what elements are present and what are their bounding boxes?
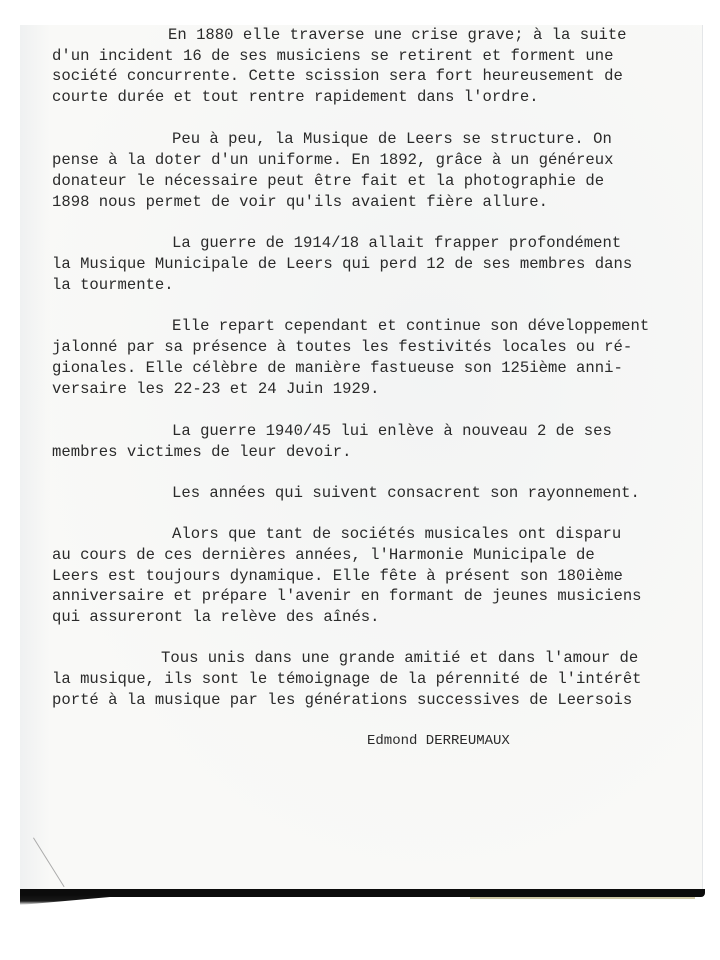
paragraph-2-line-2: pense à la doter d'un uniforme. En 1892,… — [52, 150, 613, 170]
paragraph-7-line-3: Leers est toujours dynamique. Elle fête … — [52, 566, 623, 586]
paragraph-8-line-2: la musique, ils sont le témoignage de la… — [52, 669, 642, 689]
paragraph-1-line-3: société concurrente. Cette scission sera… — [52, 66, 623, 86]
paragraph-2-line-3: donateur le nécessaire peut être fait et… — [52, 171, 604, 191]
paragraph-2-line-4: 1898 nous permet de voir qu'ils avaient … — [52, 192, 548, 212]
paragraph-1-line-2: d'un incident 16 de ses musiciens se ret… — [52, 46, 613, 66]
paragraph-4-line-2: jalonné par sa présence à toutes les fes… — [52, 337, 632, 357]
paragraph-5-line-1: La guerre 1940/45 lui enlève à nouveau 2… — [172, 421, 612, 441]
paragraph-3-line-3: la tourmente. — [52, 275, 174, 295]
page-bottom-edge-highlight — [470, 897, 695, 899]
paragraph-8-line-3: porté à la musique par les générations s… — [52, 690, 632, 710]
paragraph-5-line-2: membres victimes de leur devoir. — [52, 442, 351, 462]
paragraph-7-line-2: au cours de ces dernières années, l'Harm… — [52, 545, 595, 565]
paragraph-7-line-4: anniversaire et prépare l'avenir en form… — [52, 586, 642, 606]
paragraph-1-line-4: courte durée et tout rentre rapidement d… — [52, 87, 539, 107]
paragraph-3-line-1: La guerre de 1914/18 allait frapper prof… — [172, 233, 621, 253]
paragraph-7-line-5: qui assureront la relève des aînés. — [52, 607, 380, 627]
paragraph-4-line-1: Elle repart cependant et continue son dé… — [172, 316, 649, 336]
page-bottom-left-shadow — [20, 895, 110, 905]
paragraph-4-line-4: versaire les 22-23 et 24 Juin 1929. — [52, 379, 380, 399]
paragraph-2-line-1: Peu à peu, la Musique de Leers se struct… — [172, 129, 612, 149]
paragraph-6-line-1: Les années qui suivent consacrent son ra… — [172, 483, 640, 503]
page-bottom-edge-shadow — [20, 889, 705, 897]
paragraph-4-line-3: gionales. Elle célèbre de manière fastue… — [52, 358, 623, 378]
paragraph-8-line-1: Tous unis dans une grande amitié et dans… — [161, 648, 638, 668]
paragraph-3-line-2: la Musique Municipale de Leers qui perd … — [52, 254, 632, 274]
paragraph-7-line-1: Alors que tant de sociétés musicales ont… — [172, 524, 621, 544]
author-signature: Edmond DERREUMAUX — [367, 733, 510, 749]
paragraph-1-line-1: En 1880 elle traverse une crise grave; à… — [168, 25, 627, 45]
